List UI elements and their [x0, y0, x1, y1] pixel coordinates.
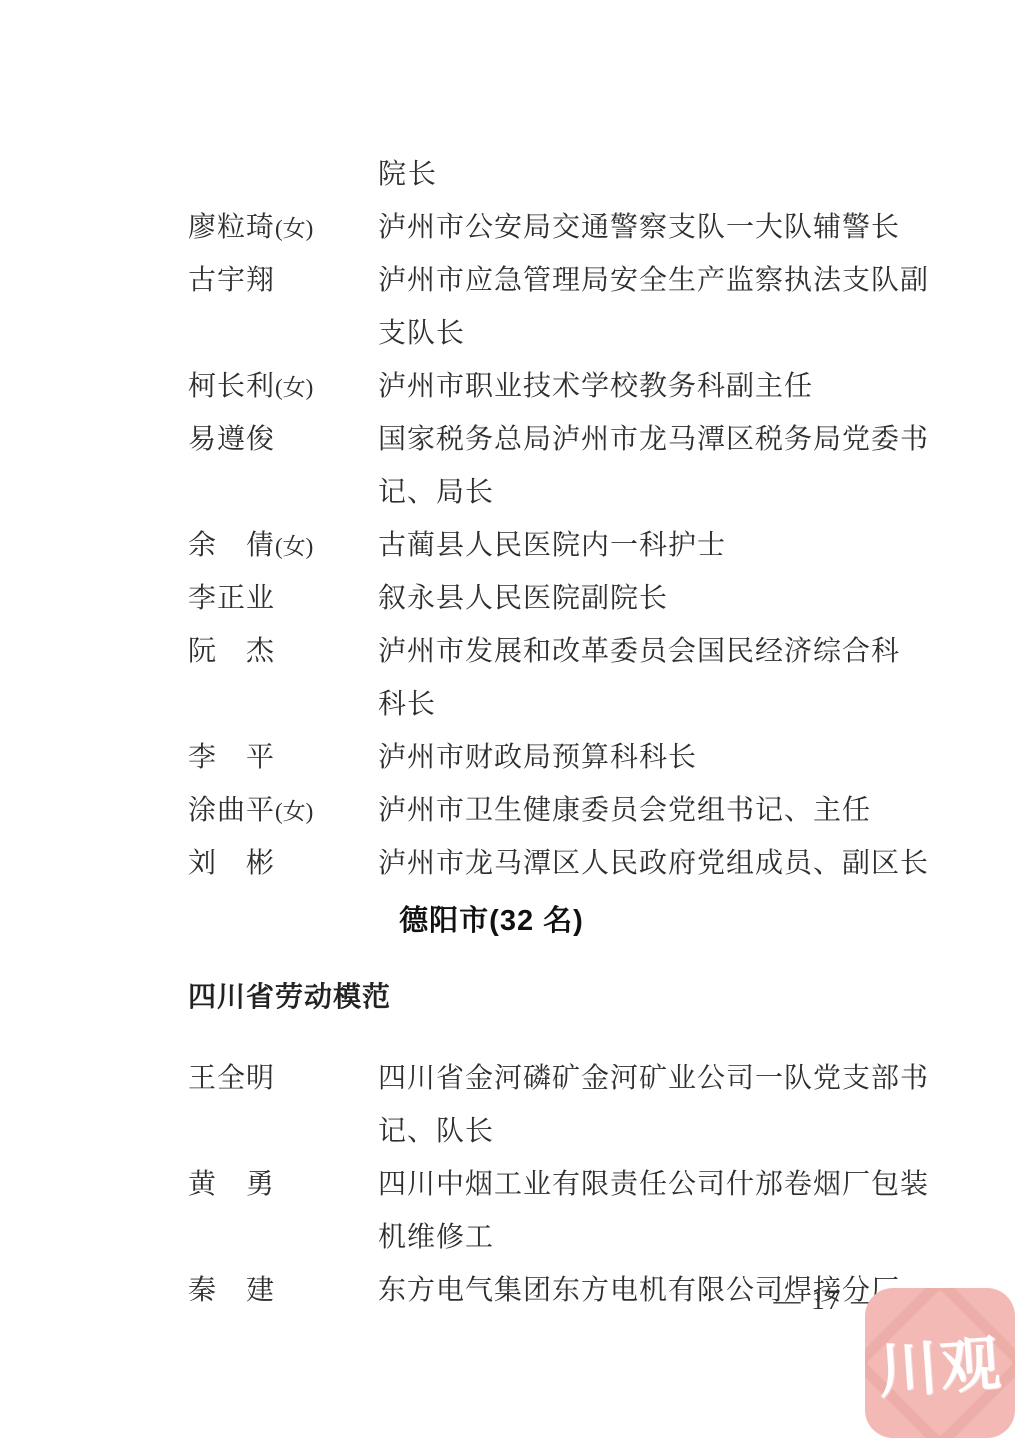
recipient-name-text: 李 平 — [188, 742, 275, 773]
labor-model-subheading: 四川省劳动模范 — [188, 971, 908, 1024]
recipient-gender-suffix: (女) — [275, 375, 313, 400]
recipient-name: 易遵俊 — [188, 413, 378, 466]
recipient-title: 四川省金河磷矿金河矿业公司一队党支部书记、队长 — [378, 1052, 929, 1158]
recipient-title-line: 国家税务总局泸州市龙马潭区税务局党委书 — [378, 413, 929, 466]
recipient-name-text: 柯长利 — [188, 371, 275, 402]
recipient-name-text: 廖粒琦 — [188, 212, 275, 243]
recipient-title-line: 记、队长 — [378, 1105, 929, 1158]
recipient-title: 泸州市职业技术学校教务科副主任 — [378, 360, 908, 413]
recipient-title-line: 泸州市公安局交通警察支队一大队辅警长 — [378, 201, 908, 254]
recipient-title: 泸州市发展和改革委员会国民经济综合科科长 — [378, 625, 908, 731]
recipient-title: 古蔺县人民医院内一科护士 — [378, 519, 908, 572]
award-entry: 柯长利(女) 泸州市职业技术学校教务科副主任 — [188, 360, 908, 413]
document-content: 院长 廖粒琦(女) 泸州市公安局交通警察支队一大队辅警长 古宇翔 泸州市应急管理… — [188, 148, 908, 1317]
recipient-gender-suffix: (女) — [275, 534, 313, 559]
continuation-line: 院长 — [378, 148, 908, 201]
award-entry: 余 倩(女) 古蔺县人民医院内一科护士 — [188, 519, 908, 572]
recipient-name: 涂曲平(女) — [188, 784, 378, 837]
recipient-name: 黄 勇 — [188, 1158, 378, 1211]
award-entry: 廖粒琦(女) 泸州市公安局交通警察支队一大队辅警长 — [188, 201, 908, 254]
recipient-title-line: 科长 — [378, 678, 908, 731]
recipient-name-text: 李正业 — [188, 583, 275, 614]
recipient-title-line: 泸州市发展和改革委员会国民经济综合科 — [378, 625, 908, 678]
award-entry: 黄 勇 四川中烟工业有限责任公司什邡卷烟厂包装机维修工 — [188, 1158, 908, 1264]
chuanguan-watermark-logo: 川观 — [865, 1288, 1015, 1438]
recipient-gender-suffix: (女) — [275, 216, 313, 241]
recipient-name: 余 倩(女) — [188, 519, 378, 572]
recipient-name-text: 王全明 — [188, 1063, 275, 1094]
recipient-title-line: 记、局长 — [378, 466, 929, 519]
recipient-title-line: 支队长 — [378, 307, 929, 360]
award-entry: 刘 彬 泸州市龙马潭区人民政府党组成员、副区长 — [188, 837, 908, 890]
luzhou-entry-list: 廖粒琦(女) 泸州市公安局交通警察支队一大队辅警长 古宇翔 泸州市应急管理局安全… — [188, 201, 908, 890]
recipient-name: 柯长利(女) — [188, 360, 378, 413]
recipient-name: 李正业 — [188, 572, 378, 625]
award-entry: 李 平 泸州市财政局预算科科长 — [188, 731, 908, 784]
award-entry: 王全明 四川省金河磷矿金河矿业公司一队党支部书记、队长 — [188, 1052, 908, 1158]
recipient-name: 廖粒琦(女) — [188, 201, 378, 254]
recipient-name: 李 平 — [188, 731, 378, 784]
award-entry: 易遵俊 国家税务总局泸州市龙马潭区税务局党委书记、局长 — [188, 413, 908, 519]
award-entry: 古宇翔 泸州市应急管理局安全生产监察执法支队副支队长 — [188, 254, 908, 360]
recipient-name-text: 余 倩 — [188, 530, 275, 561]
recipient-name: 阮 杰 — [188, 625, 378, 678]
recipient-title: 泸州市财政局预算科科长 — [378, 731, 908, 784]
recipient-name: 王全明 — [188, 1052, 378, 1105]
recipient-name-text: 秦 建 — [188, 1275, 275, 1306]
recipient-name: 刘 彬 — [188, 837, 378, 890]
recipient-title: 四川中烟工业有限责任公司什邡卷烟厂包装机维修工 — [378, 1158, 929, 1264]
recipient-name-text: 刘 彬 — [188, 848, 275, 879]
recipient-title: 泸州市应急管理局安全生产监察执法支队副支队长 — [378, 254, 929, 360]
deyang-entry-list: 王全明 四川省金河磷矿金河矿业公司一队党支部书记、队长 黄 勇 四川中烟工业有限… — [188, 1052, 908, 1317]
recipient-title-line: 泸州市财政局预算科科长 — [378, 731, 908, 784]
award-entry: 涂曲平(女) 泸州市卫生健康委员会党组书记、主任 — [188, 784, 908, 837]
recipient-title: 叙永县人民医院副院长 — [378, 572, 908, 625]
recipient-name-text: 易遵俊 — [188, 424, 275, 455]
recipient-title-line: 四川中烟工业有限责任公司什邡卷烟厂包装 — [378, 1158, 929, 1211]
deyang-city-heading: 德阳市(32 名) — [133, 895, 850, 948]
recipient-title-line: 泸州市龙马潭区人民政府党组成员、副区长 — [378, 837, 929, 890]
recipient-name-text: 阮 杰 — [188, 636, 275, 667]
recipient-title-line: 四川省金河磷矿金河矿业公司一队党支部书 — [378, 1052, 929, 1105]
recipient-title: 泸州市公安局交通警察支队一大队辅警长 — [378, 201, 908, 254]
document-page: 院长 廖粒琦(女) 泸州市公安局交通警察支队一大队辅警长 古宇翔 泸州市应急管理… — [0, 0, 1024, 1449]
recipient-name-text: 黄 勇 — [188, 1169, 275, 1200]
page-number: — 17 — — [774, 1285, 881, 1316]
award-entry: 李正业 叙永县人民医院副院长 — [188, 572, 908, 625]
recipient-title-line: 泸州市职业技术学校教务科副主任 — [378, 360, 908, 413]
recipient-title: 泸州市龙马潭区人民政府党组成员、副区长 — [378, 837, 929, 890]
recipient-title-line: 古蔺县人民医院内一科护士 — [378, 519, 908, 572]
award-entry: 阮 杰 泸州市发展和改革委员会国民经济综合科科长 — [188, 625, 908, 731]
watermark-text: 川观 — [875, 1316, 1005, 1410]
recipient-title-line: 机维修工 — [378, 1211, 929, 1264]
recipient-title-line: 泸州市应急管理局安全生产监察执法支队副 — [378, 254, 929, 307]
recipient-name: 古宇翔 — [188, 254, 378, 307]
recipient-title: 国家税务总局泸州市龙马潭区税务局党委书记、局长 — [378, 413, 929, 519]
recipient-name: 秦 建 — [188, 1264, 378, 1317]
recipient-title: 泸州市卫生健康委员会党组书记、主任 — [378, 784, 908, 837]
recipient-name-text: 古宇翔 — [188, 265, 275, 296]
recipient-title-line: 叙永县人民医院副院长 — [378, 572, 908, 625]
recipient-name-text: 涂曲平 — [188, 795, 275, 826]
recipient-gender-suffix: (女) — [275, 799, 313, 824]
recipient-title-line: 泸州市卫生健康委员会党组书记、主任 — [378, 784, 908, 837]
